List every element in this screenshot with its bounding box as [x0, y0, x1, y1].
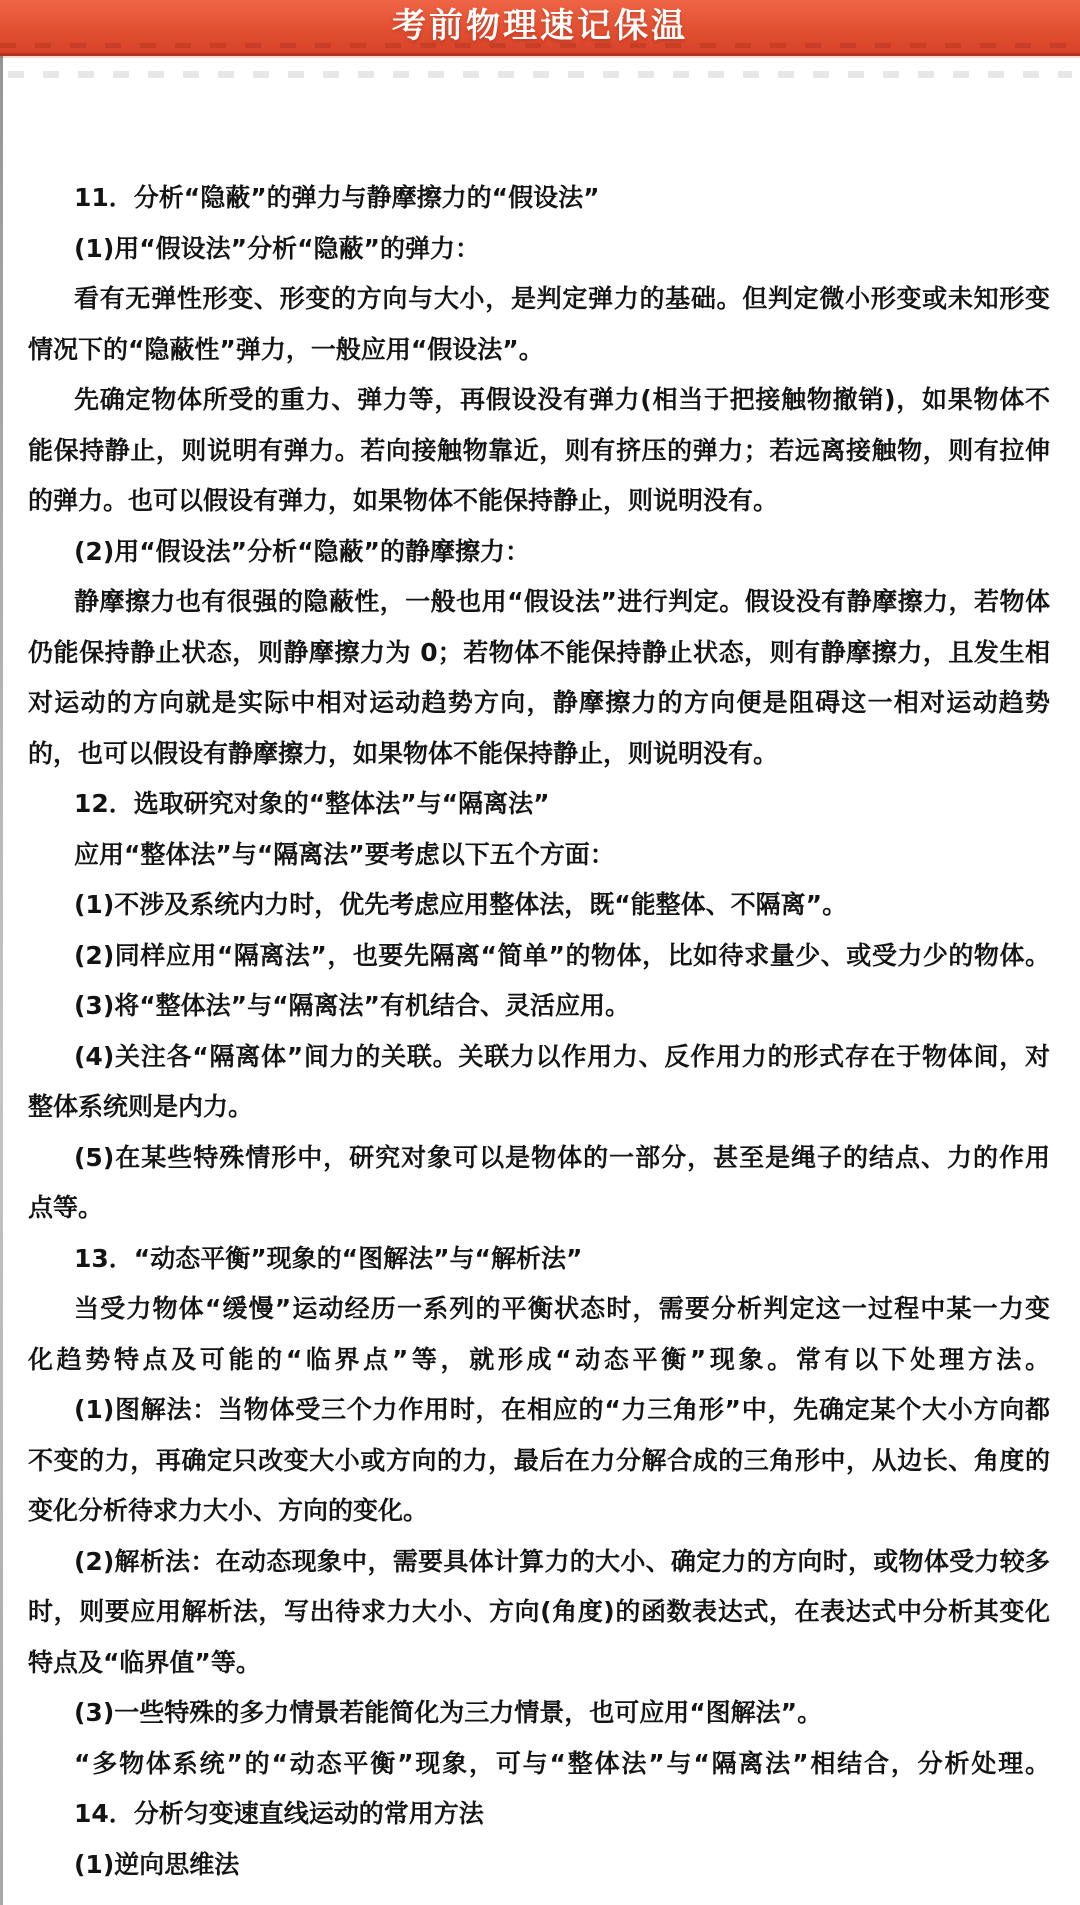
text-line: (1)逆向思维法 — [28, 1840, 1050, 1891]
section-heading: 14．分析匀变速直线运动的常用方法 — [28, 1789, 1050, 1840]
text-line: 整体系统则是内力。 — [28, 1082, 1050, 1133]
section-heading: 13．“动态平衡”现象的“图解法”与“解析法” — [28, 1234, 1050, 1285]
document-body: 11．分析“隐蔽”的弹力与静摩擦力的“假设法”(1)用“假设法”分析“隐蔽”的弹… — [28, 173, 1050, 1890]
text-line: 特点及“临界值”等。 — [28, 1638, 1050, 1689]
text-line: (3)将“整体法”与“隔离法”有机结合、灵活应用。 — [28, 981, 1050, 1032]
text-line: (1)图解法：当物体受三个力作用时，在相应的“力三角形”中，先确定某个大小方向都 — [28, 1385, 1050, 1436]
text-line: 时，则要应用解析法，写出待求力大小、方向(角度)的函数表达式，在表达式中分析其变… — [28, 1587, 1050, 1638]
text-line: (2)解析法：在动态现象中，需要具体计算力的大小、确定力的方向时，或物体受力较多 — [28, 1537, 1050, 1588]
section-heading: 11．分析“隐蔽”的弹力与静摩擦力的“假设法” — [28, 173, 1050, 224]
text-line: 变化分析待求力大小、方向的变化。 — [28, 1486, 1050, 1537]
text-line: (4)关注各“隔离体”间力的关联。关联力以作用力、反作用力的形式存在于物体间，对 — [28, 1032, 1050, 1083]
text-line: (2)同样应用“隔离法”，也要先隔离“简单”的物体，比如待求量少、或受力少的物体… — [28, 931, 1050, 982]
text-line: 的，也可以假设有静摩擦力，如果物体不能保持静止，则说明没有。 — [28, 729, 1050, 780]
dashed-separator — [8, 71, 1072, 78]
text-line: 看有无弹性形变、形变的方向与大小，是判定弹力的基础。但判定微小形变或未知形变 — [28, 274, 1050, 325]
text-line: 仍能保持静止状态，则静摩擦力为 0；若物体不能保持静止状态，则有静摩擦力，且发生… — [28, 628, 1050, 679]
text-line: 点等。 — [28, 1183, 1050, 1234]
header-bar: 考前物理速记保温 — [0, 0, 1080, 56]
section-heading: 12．选取研究对象的“整体法”与“隔离法” — [28, 779, 1050, 830]
text-line: 不变的力，再确定只改变大小或方向的力，最后在力分解合成的三角形中，从边长、角度的 — [28, 1436, 1050, 1487]
text-line: “多物体系统”的“动态平衡”现象，可与“整体法”与“隔离法”相结合，分析处理。 — [28, 1739, 1050, 1790]
scan-edge-artifact — [0, 56, 3, 1905]
text-line: 静摩擦力也有很强的隐蔽性，一般也用“假设法”进行判定。假设没有静摩擦力，若物体 — [28, 577, 1050, 628]
text-line: (5)在某些特殊情形中，研究对象可以是物体的一部分，甚至是绳子的结点、力的作用 — [28, 1133, 1050, 1184]
text-line: 的弹力。也可以假设有弹力，如果物体不能保持静止，则说明没有。 — [28, 476, 1050, 527]
text-line: 当受力物体“缓慢”运动经历一系列的平衡状态时，需要分析判定这一过程中某一力变 — [28, 1284, 1050, 1335]
text-line: 情况下的“隐蔽性”弹力，一般应用“假设法”。 — [28, 325, 1050, 376]
text-line: 能保持静止，则说明有弹力。若向接触物靠近，则有挤压的弹力；若远离接触物，则有拉伸 — [28, 426, 1050, 477]
text-line: 先确定物体所受的重力、弹力等，再假设没有弹力(相当于把接触物撤销)，如果物体不 — [28, 375, 1050, 426]
text-line: 应用“整体法”与“隔离法”要考虑以下五个方面： — [28, 830, 1050, 881]
header-dash-strip — [0, 43, 1080, 48]
text-line: (1)用“假设法”分析“隐蔽”的弹力： — [28, 224, 1050, 275]
text-line: (2)用“假设法”分析“隐蔽”的静摩擦力： — [28, 527, 1050, 578]
text-line: (3)一些特殊的多力情景若能简化为三力情景，也可应用“图解法”。 — [28, 1688, 1050, 1739]
text-line: 化趋势特点及可能的“临界点”等，就形成“动态平衡”现象。常有以下处理方法。 — [28, 1335, 1050, 1386]
text-line: 对运动的方向就是实际中相对运动趋势方向，静摩擦力的方向便是阻碍这一相对运动趋势 — [28, 678, 1050, 729]
page: 考前物理速记保温 11．分析“隐蔽”的弹力与静摩擦力的“假设法”(1)用“假设法… — [0, 0, 1080, 1905]
text-line: (1)不涉及系统内力时，优先考虑应用整体法，既“能整体、不隔离”。 — [28, 880, 1050, 931]
